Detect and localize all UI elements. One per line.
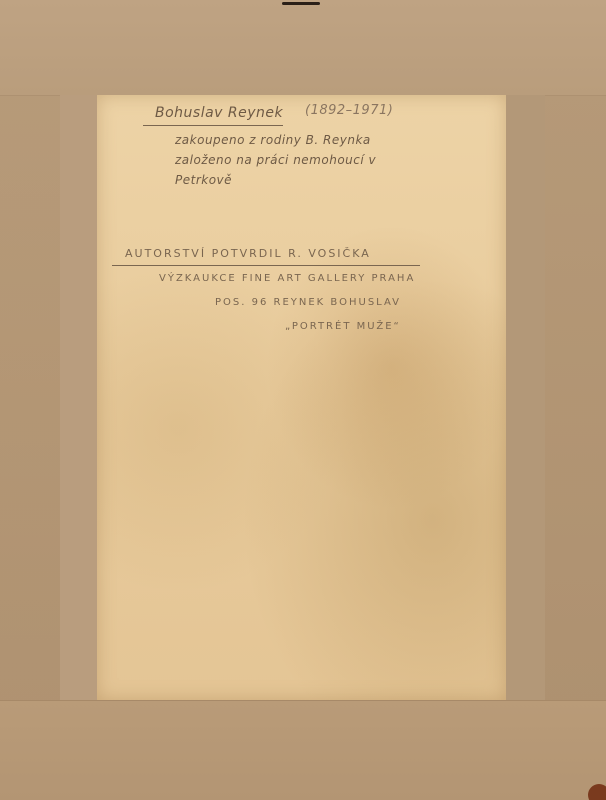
name-underline: [143, 125, 283, 126]
tape-strip-right: [505, 95, 545, 700]
artist-name: Bohuslav Reynek: [155, 105, 283, 121]
tape-strip-top: [0, 0, 606, 96]
position-note: POS. 96 REYNEK BOHUSLAV: [215, 297, 401, 308]
note-line-1: zakoupeno z rodiny B. Reynka: [175, 133, 371, 147]
tape-strip-left: [60, 95, 98, 700]
hanging-wire-hook: [282, 2, 320, 5]
artist-dates: (1892–1971): [305, 103, 393, 118]
note-line-3: Petrkově: [175, 173, 232, 187]
authorship-underline: [112, 265, 420, 266]
artwork-title: „PORTRÉT MUŽE“: [285, 321, 401, 332]
tape-strip-bottom: [0, 700, 606, 800]
paper-label: Bohuslav Reynek (1892–1971) zakoupeno z …: [97, 95, 506, 700]
authorship-note: AUTORSTVÍ POTVRDIL R. VOSIČKA: [125, 247, 371, 260]
auction-note: VÝZKAUKCE FINE ART GALLERY PRAHA: [159, 273, 415, 284]
wax-seal-corner: [588, 784, 606, 800]
note-line-2: založeno na práci nemohoucí v: [175, 153, 376, 167]
